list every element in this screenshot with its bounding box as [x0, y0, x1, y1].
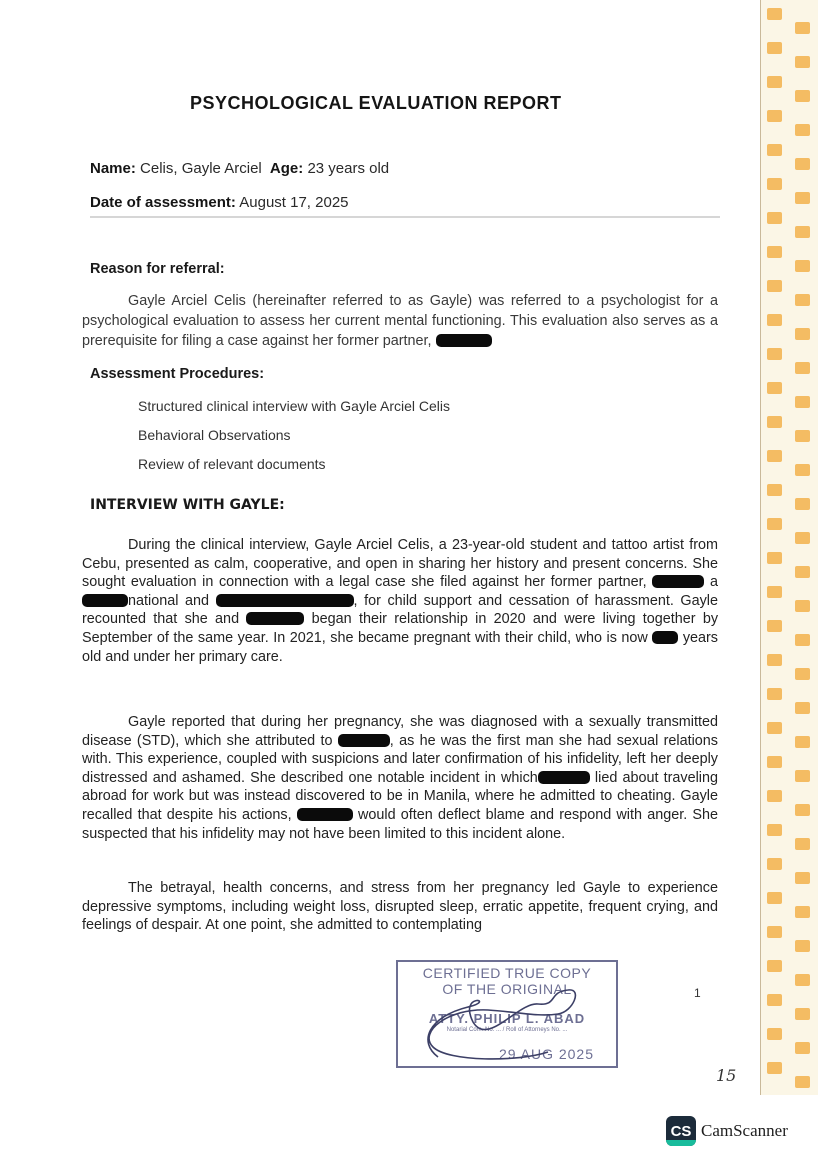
camscanner-watermark: CS CamScanner [666, 1116, 788, 1146]
fabric-pattern-tile [795, 464, 810, 476]
assessment-date-line: Date of assessment: August 17, 2025 [90, 194, 349, 211]
redaction-bar [216, 594, 354, 607]
camscanner-logo-icon: CS [666, 1116, 696, 1146]
redaction-bar [338, 734, 390, 747]
fabric-pattern-tile [767, 994, 782, 1006]
fabric-pattern-tile [795, 906, 810, 918]
fabric-pattern-tile [767, 1062, 782, 1074]
fabric-pattern-tile [795, 838, 810, 850]
fabric-pattern-tile [795, 702, 810, 714]
redaction-bar [652, 575, 704, 588]
fabric-pattern-tile [795, 396, 810, 408]
fabric-pattern-tile [795, 430, 810, 442]
fabric-pattern-tile [795, 600, 810, 612]
fabric-pattern-tile [767, 144, 782, 156]
fabric-pattern-tile [767, 654, 782, 666]
fabric-pattern-tile [767, 756, 782, 768]
referral-heading: Reason for referral: [90, 261, 225, 277]
fabric-pattern-tile [795, 1008, 810, 1020]
fabric-pattern-tile [795, 1076, 810, 1088]
age-value: 23 years old [307, 160, 389, 177]
text-run: During the clinical interview, Gayle Arc… [82, 537, 718, 590]
referral-text: Gayle Arciel Celis (hereinafter referred… [82, 293, 718, 349]
fabric-pattern-tile [795, 158, 810, 170]
fabric-pattern-tile [795, 770, 810, 782]
name-label: Name: [90, 160, 136, 177]
fabric-pattern-tile [795, 294, 810, 306]
fabric-pattern-tile [795, 260, 810, 272]
camscanner-label: CamScanner [701, 1121, 788, 1141]
signature-icon [398, 962, 620, 1070]
fabric-background-strip [760, 0, 818, 1095]
fabric-pattern-tile [767, 688, 782, 700]
text-run: a [710, 574, 718, 590]
procedure-item: Behavioral Observations [138, 427, 450, 456]
date-label: Date of assessment: [90, 194, 236, 211]
fabric-pattern-tile [795, 668, 810, 680]
fabric-pattern-tile [795, 90, 810, 102]
fabric-pattern-tile [767, 212, 782, 224]
date-value: August 17, 2025 [239, 194, 348, 211]
page-number: 1 [694, 986, 701, 1000]
redaction-bar [246, 612, 304, 625]
fabric-pattern-tile [795, 22, 810, 34]
fabric-pattern-tile [795, 974, 810, 986]
fabric-pattern-tile [795, 1042, 810, 1054]
fabric-pattern-tile [767, 960, 782, 972]
fabric-pattern-tile [767, 8, 782, 20]
fabric-pattern-tile [795, 226, 810, 238]
fabric-pattern-tile [767, 552, 782, 564]
fabric-pattern-tile [795, 498, 810, 510]
document-page: PSYCHOLOGICAL EVALUATION REPORT Name: Ce… [0, 0, 760, 1158]
name-value: Celis, Gayle Arciel [140, 160, 262, 177]
redaction-bar [297, 808, 353, 821]
fabric-pattern-tile [795, 566, 810, 578]
age-label: Age: [270, 160, 303, 177]
procedures-heading: Assessment Procedures: [90, 366, 264, 382]
fabric-pattern-tile [767, 450, 782, 462]
fabric-pattern-tile [767, 586, 782, 598]
fabric-pattern-tile [767, 858, 782, 870]
redaction-bar [652, 631, 678, 644]
fabric-pattern-tile [795, 362, 810, 374]
interview-heading: INTERVIEW WITH GAYLE: [90, 497, 285, 513]
redaction-bar [82, 594, 128, 607]
procedure-item: Structured clinical interview with Gayle… [138, 398, 450, 427]
interview-paragraph-2: Gayle reported that during her pregnancy… [82, 713, 718, 843]
fabric-pattern-tile [795, 56, 810, 68]
fabric-pattern-tile [767, 348, 782, 360]
fabric-pattern-tile [767, 926, 782, 938]
fabric-pattern-tile [767, 824, 782, 836]
handwritten-page-number: 15 [716, 1066, 736, 1085]
document-title: PSYCHOLOGICAL EVALUATION REPORT [190, 93, 562, 114]
fabric-pattern-tile [767, 1028, 782, 1040]
name-age-line: Name: Celis, Gayle Arciel Age: 23 years … [90, 160, 389, 177]
fabric-pattern-tile [767, 892, 782, 904]
interview-paragraph-3: The betrayal, health concerns, and stres… [82, 879, 718, 935]
fabric-pattern-tile [795, 736, 810, 748]
fabric-pattern-tile [767, 42, 782, 54]
certified-true-copy-stamp: CERTIFIED TRUE COPY OF THE ORIGINAL ATTY… [396, 960, 618, 1068]
fabric-pattern-tile [767, 722, 782, 734]
fabric-pattern-tile [767, 790, 782, 802]
fabric-pattern-tile [795, 872, 810, 884]
redaction-bar [436, 334, 492, 347]
fabric-pattern-tile [795, 940, 810, 952]
procedure-item: Review of relevant documents [138, 456, 450, 485]
text-run: The betrayal, health concerns, and stres… [82, 880, 718, 933]
fabric-pattern-tile [795, 532, 810, 544]
interview-paragraph-1: During the clinical interview, Gayle Arc… [82, 536, 718, 666]
fabric-pattern-tile [767, 484, 782, 496]
fabric-pattern-tile [767, 110, 782, 122]
fabric-pattern-tile [795, 804, 810, 816]
text-run: national and [128, 593, 209, 609]
fabric-pattern-tile [767, 76, 782, 88]
fabric-pattern-tile [795, 124, 810, 136]
fabric-pattern-tile [795, 192, 810, 204]
fabric-pattern-tile [795, 328, 810, 340]
redaction-bar [538, 771, 590, 784]
fabric-pattern-tile [767, 382, 782, 394]
referral-paragraph: Gayle Arciel Celis (hereinafter referred… [82, 291, 718, 351]
header-divider [90, 216, 720, 218]
fabric-pattern-tile [767, 314, 782, 326]
fabric-pattern-tile [767, 178, 782, 190]
procedures-list: Structured clinical interview with Gayle… [138, 398, 450, 485]
fabric-pattern-tile [767, 280, 782, 292]
fabric-pattern-tile [767, 518, 782, 530]
fabric-pattern-tile [795, 634, 810, 646]
fabric-pattern-tile [767, 620, 782, 632]
fabric-pattern-tile [767, 246, 782, 258]
fabric-pattern-tile [767, 416, 782, 428]
